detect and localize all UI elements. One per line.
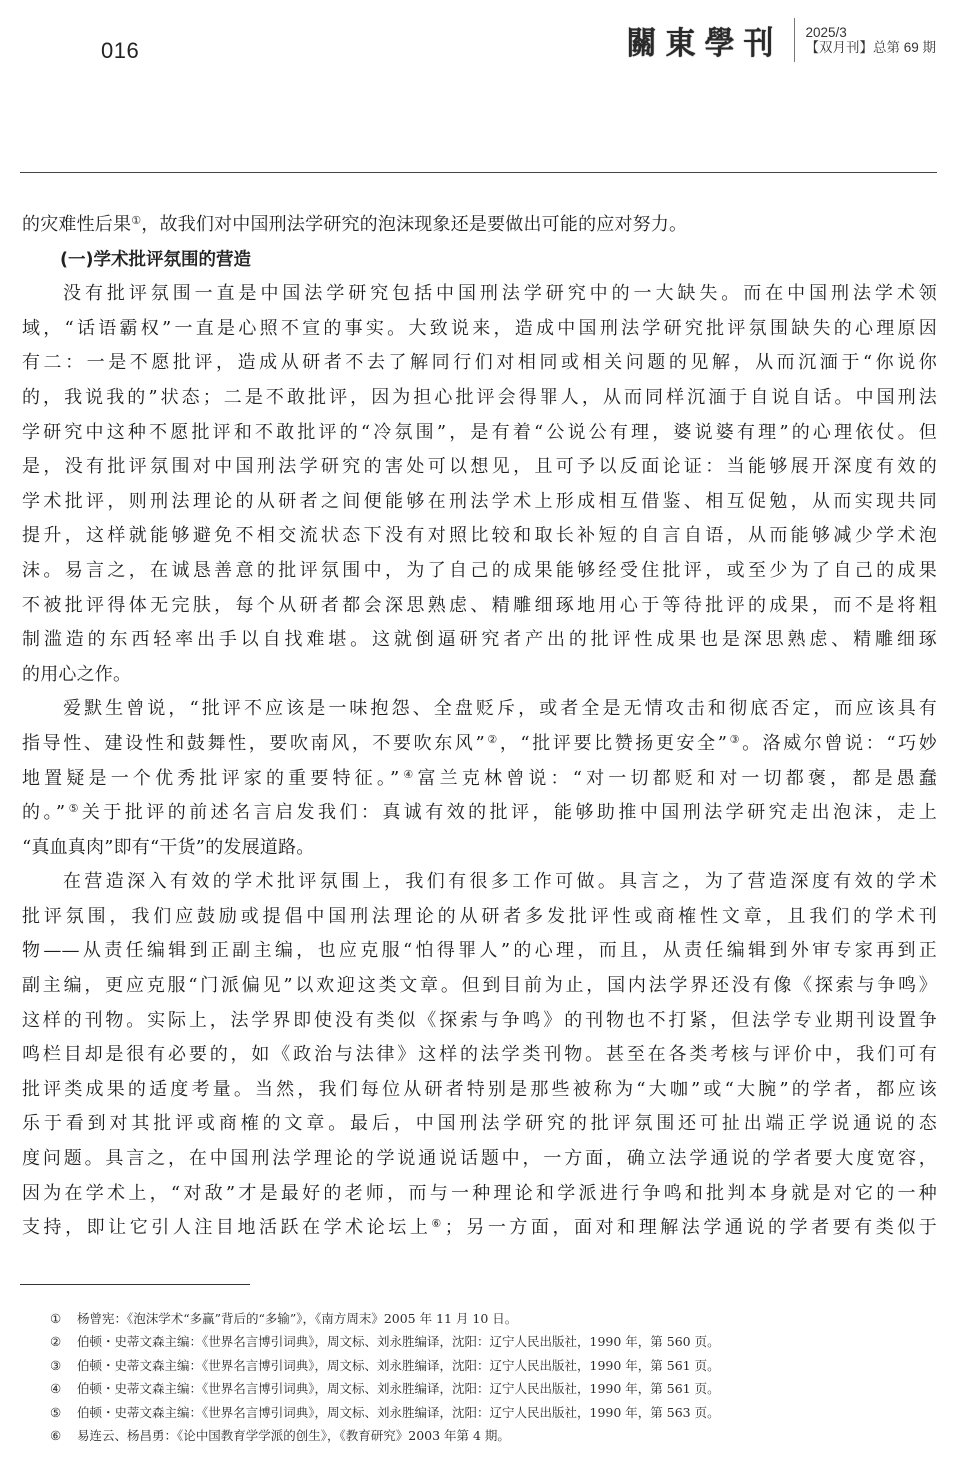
body-line: 沫。易言之，在诚恳善意的批评氛围中，为了自己的成果能够经受住批评，或至少为了自己…	[22, 554, 937, 589]
text-segment: ，“批评要比赞扬更安全”	[500, 733, 727, 754]
text-segment: 批评氛围，我们应鼓励或提倡中国刑法理论的从研者多发批评性或商榷性文章，且我们的学…	[22, 906, 937, 927]
footnote-text: 伯顿・史蒂文森主编：《世界名言博引词典》，周文标、刘永胜编译，沈阳：辽宁人民出版…	[77, 1330, 720, 1353]
text-segment: 是，没有批评氛围对中国刑法学研究的害处可以想见，且可予以反面论证：当能够展开深度…	[22, 456, 937, 477]
text-segment: 提升，这样就能够避免不相交流状态下没有对照比较和取长补短的自言自语，从而能够减少…	[22, 525, 937, 546]
text-segment: 的。”	[22, 802, 65, 823]
text-segment: 地置疑是一个优秀批评家的重要特征。”	[22, 768, 399, 789]
text-segment: 关于批评的前述名言启发我们：真诚有效的批评，能够助推中国刑法学研究走出泡沫，走上	[82, 802, 937, 823]
body-line: 学术批评，则刑法理论的从研者之间便能够在刑法学术上形成相互借鉴、相互促勉，从而实…	[22, 485, 937, 520]
footnote: ⑤伯顿・史蒂文森主编：《世界名言博引词典》，周文标、刘永胜编译，沈阳：辽宁人民出…	[50, 1401, 930, 1424]
text-segment: 在营造深入有效的学术批评氛围上，我们有很多工作可做。具言之，为了营造深度有效的学…	[63, 871, 937, 892]
body-line: 有二：一是不愿批评，造成从研者不去了解同行们对相同或相关问题的见解，从而沉湎于“…	[22, 346, 937, 381]
body-line: 批评氛围，我们应鼓励或提倡中国刑法理论的从研者多发批评性或商榷性文章，且我们的学…	[22, 900, 937, 935]
body-line: “真血真肉”即有“干货”的发展道路。	[22, 831, 937, 866]
footnote-mark: ⑤	[50, 1401, 77, 1424]
body-line: 指导性、建设性和鼓舞性，要吹南风，不要吹东风”②，“批评要比赞扬更安全”③。洛威…	[22, 727, 937, 762]
text-segment: 学术批评，则刑法理论的从研者之间便能够在刑法学术上形成相互借鉴、相互促勉，从而实…	[22, 491, 937, 512]
text-segment: ；另一方面，面对和理解法学通说的学者要有类似于	[445, 1217, 937, 1238]
text-segment: 支持，即让它引人注目地活跃在学术论坛上	[22, 1217, 431, 1238]
footnote: ④伯顿・史蒂文森主编：《世界名言博引词典》，周文标、刘永胜编译，沈阳：辽宁人民出…	[50, 1377, 930, 1400]
text-segment: 学研究中这种不愿批评和不敢批评的“冷氛围”，是有着“公说公有理，婆说婆有理”的心…	[22, 422, 937, 443]
body-line: 的。”⑤关于批评的前述名言启发我们：真诚有效的批评，能够助推中国刑法学研究走出泡…	[22, 796, 937, 831]
issue-date: 2025/3	[805, 25, 936, 40]
footnote-mark: ①	[50, 1307, 77, 1330]
footnote-rule	[20, 1284, 250, 1285]
text-segment: 域，“话语霸权”一直是心照不宣的事实。大致说来，造成中国刑法学研究批评氛围缺失的…	[22, 318, 937, 339]
text-segment: “真血真肉”即有“干货”的发展道路。	[22, 837, 314, 858]
text-segment: 副主编，更应克服“门派偏见”以欢迎这类文章。但到目前为止，国内法学界还没有像《探…	[22, 975, 937, 996]
footnote-text: 伯顿・史蒂文森主编：《世界名言博引词典》，周文标、刘永胜编译，沈阳：辽宁人民出版…	[77, 1354, 720, 1377]
body-line: 物——从责任编辑到正副主编，也应克服“怕得罪人”的心理，而且，从责任编辑到外审专…	[22, 934, 937, 969]
footnote-reference[interactable]: ⑤	[65, 802, 82, 815]
footnote: ⑥易连云、杨昌勇：《论中国教育学学派的创生》，《教育研究》2003 年第 4 期…	[50, 1424, 930, 1447]
body-line: 的用心之作。	[22, 658, 937, 693]
text-segment: 这样的刊物。实际上，法学界即使没有类似《探索与争鸣》的刊物也不打紧，但法学专业期…	[22, 1010, 937, 1031]
body-line: 的灾难性后果①，故我们对中国刑法学研究的泡沫现象还是要做出可能的应对努力。	[22, 208, 937, 243]
footnote-reference[interactable]: ④	[399, 768, 417, 781]
footnote-text: 易连云、杨昌勇：《论中国教育学学派的创生》，《教育研究》2003 年第 4 期。	[77, 1424, 510, 1447]
footnote: ③伯顿・史蒂文森主编：《世界名言博引词典》，周文标、刘永胜编译，沈阳：辽宁人民出…	[50, 1354, 930, 1377]
text-segment: 指导性、建设性和鼓舞性，要吹南风，不要吹东风”	[22, 733, 485, 754]
text-segment: 批评类成果的适度考量。当然，我们每位从研者特别是那些被称为“大咖”或“大腕”的学…	[22, 1079, 937, 1100]
text-segment: 制滥造的东西轻率出手以自找难堪。这就倒逼研究者产出的批评性成果也是深思熟虑、精雕…	[22, 629, 937, 650]
text-segment: 物——从责任编辑到正副主编，也应克服“怕得罪人”的心理，而且，从责任编辑到外审专…	[22, 940, 937, 961]
footnote-reference[interactable]: ⑥	[431, 1217, 444, 1230]
text-segment: 度问题。具言之，在中国刑法学理论的学说通说话题中，一方面，确立法学通说的学者要大…	[22, 1148, 937, 1169]
footnote: ①杨曾宪：《泡沫学术“多赢”背后的“多输”》，《南方周末》2005 年 11 月…	[50, 1307, 930, 1330]
text-segment: ，故我们对中国刑法学研究的泡沫现象还是要做出可能的应对努力。	[141, 214, 687, 235]
text-segment: 爱默生曾说，“批评不应该是一味抱怨、全盘贬斥，或者全是无情攻击和彻底否定，而应该…	[63, 698, 937, 719]
journal-logo: 關東學刊	[626, 17, 782, 63]
body-line: 在营造深入有效的学术批评氛围上，我们有很多工作可做。具言之，为了营造深度有效的学…	[22, 865, 937, 900]
page-number: 016	[101, 38, 139, 64]
body-text: 的灾难性后果①，故我们对中国刑法学研究的泡沫现象还是要做出可能的应对努力。(一)…	[22, 208, 937, 1246]
body-line: 不被批评得体无完肤，每个从研者都会深思熟虑、精雕细琢地用心于等待批评的成果，而不…	[22, 589, 937, 624]
masthead-divider	[794, 18, 795, 62]
text-segment: 没有批评氛围一直是中国法学研究包括中国刑法学研究中的一大缺失。而在中国刑法学术领	[63, 283, 937, 304]
body-line: 是，没有批评氛围对中国刑法学研究的害处可以想见，且可予以反面论证：当能够展开深度…	[22, 450, 937, 485]
issue-info: 2025/3 【双月刊】总第 69 期	[805, 25, 936, 55]
footnote-reference[interactable]: ③	[727, 733, 742, 746]
header-rule	[20, 172, 937, 173]
text-segment: 不被批评得体无完肤，每个从研者都会深思熟虑、精雕细琢地用心于等待批评的成果，而不…	[22, 595, 937, 616]
body-line: 学研究中这种不愿批评和不敢批评的“冷氛围”，是有着“公说公有理，婆说婆有理”的心…	[22, 416, 937, 451]
footnote-mark: ⑥	[50, 1424, 77, 1447]
footnotes: ①杨曾宪：《泡沫学术“多赢”背后的“多输”》，《南方周末》2005 年 11 月…	[50, 1307, 930, 1447]
body-line: 支持，即让它引人注目地活跃在学术论坛上⑥；另一方面，面对和理解法学通说的学者要有…	[22, 1211, 937, 1246]
body-line: 度问题。具言之，在中国刑法学理论的学说通说话题中，一方面，确立法学通说的学者要大…	[22, 1142, 937, 1177]
footnote-text: 伯顿・史蒂文森主编：《世界名言博引词典》，周文标、刘永胜编译，沈阳：辽宁人民出版…	[77, 1377, 720, 1400]
body-line: 没有批评氛围一直是中国法学研究包括中国刑法学研究中的一大缺失。而在中国刑法学术领	[22, 277, 937, 312]
body-line: 这样的刊物。实际上，法学界即使没有类似《探索与争鸣》的刊物也不打紧，但法学专业期…	[22, 1004, 937, 1039]
text-segment: 的，我说我的”状态；二是不敢批评，因为担心批评会得罪人，从而同样沉湎于自说自话。…	[22, 387, 937, 408]
body-line: 因为在学术上，“对敌”才是最好的老师，而与一种理论和学派进行争鸣和批判本身就是对…	[22, 1177, 937, 1212]
footnote-text: 杨曾宪：《泡沫学术“多赢”背后的“多输”》，《南方周末》2005 年 11 月 …	[77, 1307, 517, 1330]
body-line: 地置疑是一个优秀批评家的重要特征。”④富兰克林曾说：“对一切都贬和对一切都褒，都…	[22, 762, 937, 797]
text-segment: 的用心之作。	[22, 664, 131, 685]
footnote-reference[interactable]: ②	[485, 733, 500, 746]
masthead: 關東學刊 2025/3 【双月刊】总第 69 期	[626, 18, 936, 62]
footnote-mark: ②	[50, 1330, 77, 1353]
body-line: 提升，这样就能够避免不相交流状态下没有对照比较和取长补短的自言自语，从而能够减少…	[22, 519, 937, 554]
text-segment: 沫。易言之，在诚恳善意的批评氛围中，为了自己的成果能够经受住批评，或至少为了自己…	[22, 560, 937, 581]
text-segment: 因为在学术上，“对敌”才是最好的老师，而与一种理论和学派进行争鸣和批判本身就是对…	[22, 1183, 937, 1204]
body-line: 爱默生曾说，“批评不应该是一味抱怨、全盘贬斥，或者全是无情攻击和彻底否定，而应该…	[22, 692, 937, 727]
body-line: 鸣栏目却是很有必要的，如《政治与法律》这样的法学类刊物。甚至在各类考核与评价中，…	[22, 1038, 937, 1073]
body-line: 域，“话语霸权”一直是心照不宣的事实。大致说来，造成中国刑法学研究批评氛围缺失的…	[22, 312, 937, 347]
text-segment: 鸣栏目却是很有必要的，如《政治与法律》这样的法学类刊物。甚至在各类考核与评价中，…	[22, 1044, 937, 1065]
text-segment: 乐于看到对其批评或商榷的文章。最后，中国刑法学研究的批评氛围还可扯出端正学说通说…	[22, 1113, 937, 1134]
footnote-mark: ③	[50, 1354, 77, 1377]
body-line: 乐于看到对其批评或商榷的文章。最后，中国刑法学研究的批评氛围还可扯出端正学说通说…	[22, 1107, 937, 1142]
text-segment: 。洛威尔曾说：“巧妙	[742, 733, 937, 754]
body-line: 批评类成果的适度考量。当然，我们每位从研者特别是那些被称为“大咖”或“大腕”的学…	[22, 1073, 937, 1108]
issue-number: 【双月刊】总第 69 期	[805, 40, 936, 55]
text-segment: 富兰克林曾说：“对一切都贬和对一切都褒，都是愚蠢	[417, 768, 937, 789]
text-segment: 的灾难性后果	[22, 214, 131, 235]
footnote-text: 伯顿・史蒂文森主编：《世界名言博引词典》，周文标、刘永胜编译，沈阳：辽宁人民出版…	[77, 1401, 720, 1424]
footnote-mark: ④	[50, 1377, 77, 1400]
text-segment: 有二：一是不愿批评，造成从研者不去了解同行们对相同或相关问题的见解，从而沉湎于“…	[22, 352, 937, 373]
footnote-reference[interactable]: ①	[131, 214, 141, 227]
footnote: ②伯顿・史蒂文森主编：《世界名言博引词典》，周文标、刘永胜编译，沈阳：辽宁人民出…	[50, 1330, 930, 1353]
section-heading: (一)学术批评氛围的营造	[22, 243, 937, 278]
body-line: 副主编，更应克服“门派偏见”以欢迎这类文章。但到目前为止，国内法学界还没有像《探…	[22, 969, 937, 1004]
body-line: 的，我说我的”状态；二是不敢批评，因为担心批评会得罪人，从而同样沉湎于自说自话。…	[22, 381, 937, 416]
body-line: 制滥造的东西轻率出手以自找难堪。这就倒逼研究者产出的批评性成果也是深思熟虑、精雕…	[22, 623, 937, 658]
